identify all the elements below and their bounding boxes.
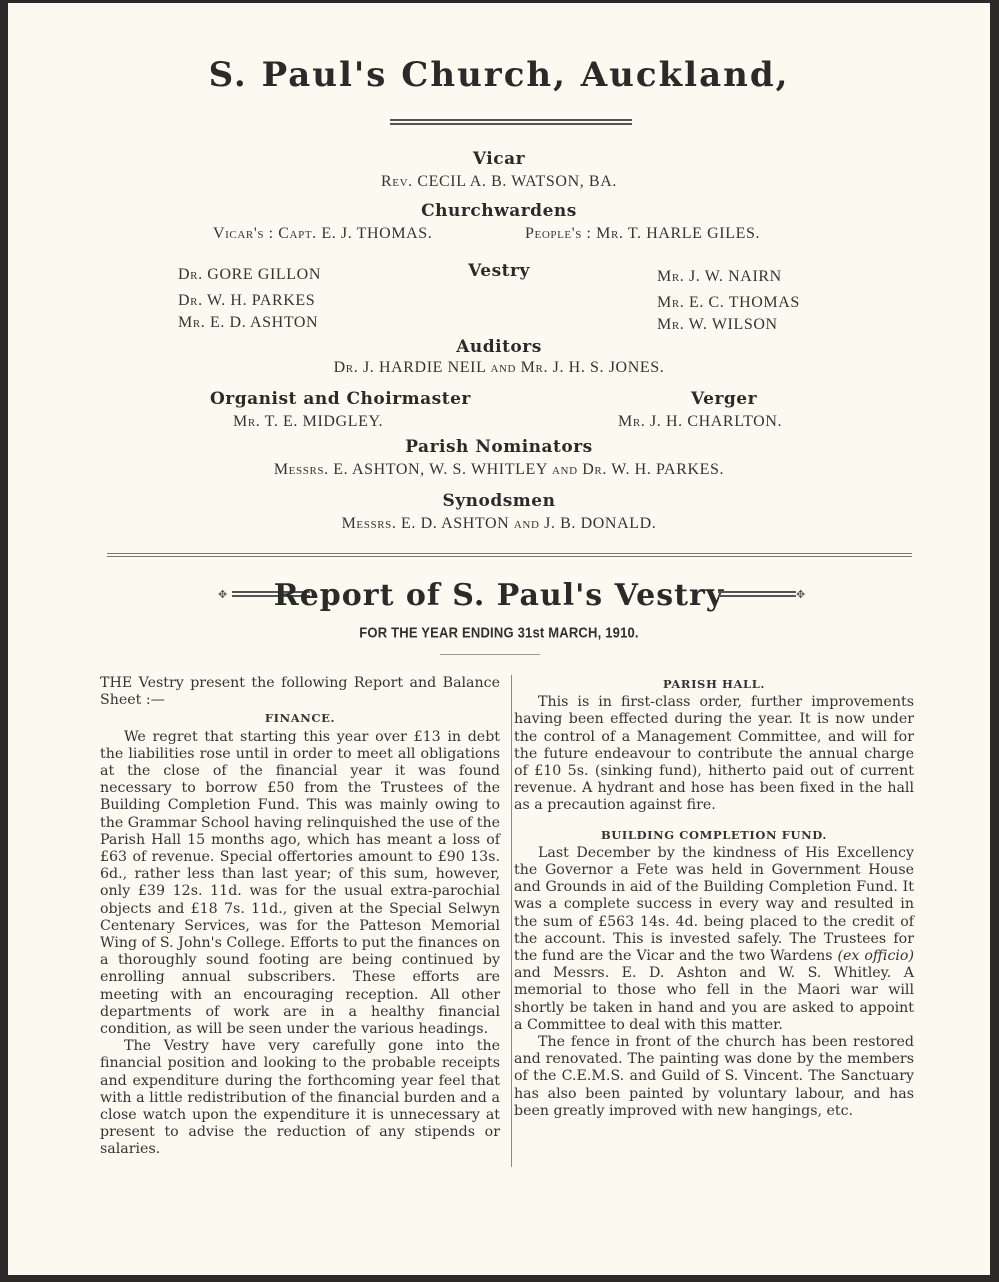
churchwardens-heading: Churchwardens (8, 201, 990, 221)
vestry-member: Mr. E. C. THOMAS (657, 294, 800, 312)
building-fund-heading: BUILDING COMPLETION FUND. (514, 827, 914, 844)
parish-hall-heading: PARISH HALL. (514, 676, 914, 693)
left-column: THE Vestry present the following Report … (100, 675, 500, 1159)
vestry-member: Mr. W. WILSON (657, 316, 778, 334)
building-fund-paragraph: Last December by the kindness of His Exc… (514, 845, 914, 1034)
title-rule (390, 119, 632, 125)
vicar-heading: Vicar (8, 149, 990, 169)
vestry-member: Dr. W. H. PARKES (178, 292, 315, 310)
organist-heading: Organist and Choirmaster (210, 389, 471, 409)
vicars-warden: Vicar's : Capt. E. J. THOMAS. (213, 225, 432, 243)
peoples-warden: People's : Mr. T. HARLE GILES. (525, 225, 760, 243)
ex-officio-text: (ex officio) (837, 948, 914, 964)
synodsmen-names: Messrs. E. D. ASHTON and J. B. DONALD. (8, 515, 990, 533)
vestry-member: Dr. GORE GILLON (178, 266, 321, 284)
building-fund-text: and Messrs. E. D. Ashton and W. S. Whitl… (514, 965, 914, 1033)
finance-paragraph: We regret that starting this year over £… (100, 729, 500, 1039)
intro-paragraph: THE Vestry present the following Report … (100, 675, 500, 709)
finance-paragraph: The Vestry have very carefully gone into… (100, 1038, 500, 1158)
synodsmen-heading: Synodsmen (8, 491, 990, 511)
nominators-heading: Parish Nominators (8, 437, 990, 457)
auditors-names: Dr. J. HARDIE NEIL and Mr. J. H. S. JONE… (8, 359, 990, 377)
finance-heading: FINANCE. (100, 710, 500, 727)
title-rule-right (718, 591, 796, 597)
ornament-right-icon: ✥ (796, 588, 805, 601)
vicar-name: Rev. CECIL A. B. WATSON, BA. (8, 173, 990, 191)
section-divider (107, 553, 912, 557)
vestry-member: Mr. J. W. NAIRN (657, 268, 782, 286)
short-rule (440, 654, 540, 655)
vestry-heading: Vestry (8, 261, 990, 281)
building-fund-paragraph: The fence in front of the church has bee… (514, 1034, 914, 1120)
nominators-names: Messrs. E. ASHTON, W. S. WHITLEY and Dr.… (8, 461, 990, 479)
organist-name: Mr. T. E. MIDGLEY. (233, 413, 383, 431)
vestry-member: Mr. E. D. ASHTON (178, 314, 318, 332)
building-fund-text: Last December by the kindness of His Exc… (514, 845, 914, 964)
column-divider (511, 675, 512, 1167)
verger-heading: Verger (691, 389, 757, 409)
report-title: Report of S. Paul's Vestry (8, 578, 990, 613)
verger-name: Mr. J. H. CHARLTON. (618, 413, 782, 431)
right-column: PARISH HALL. This is in first-class orde… (514, 675, 914, 1120)
report-subtitle: FOR THE YEAR ENDING 31st MARCH, 1910. (8, 624, 990, 641)
auditors-heading: Auditors (8, 337, 990, 357)
page-title: S. Paul's Church, Auckland, (8, 55, 990, 95)
parish-hall-paragraph: This is in first-class order, further im… (514, 694, 914, 814)
document-page: S. Paul's Church, Auckland, Vicar Rev. C… (8, 3, 990, 1275)
